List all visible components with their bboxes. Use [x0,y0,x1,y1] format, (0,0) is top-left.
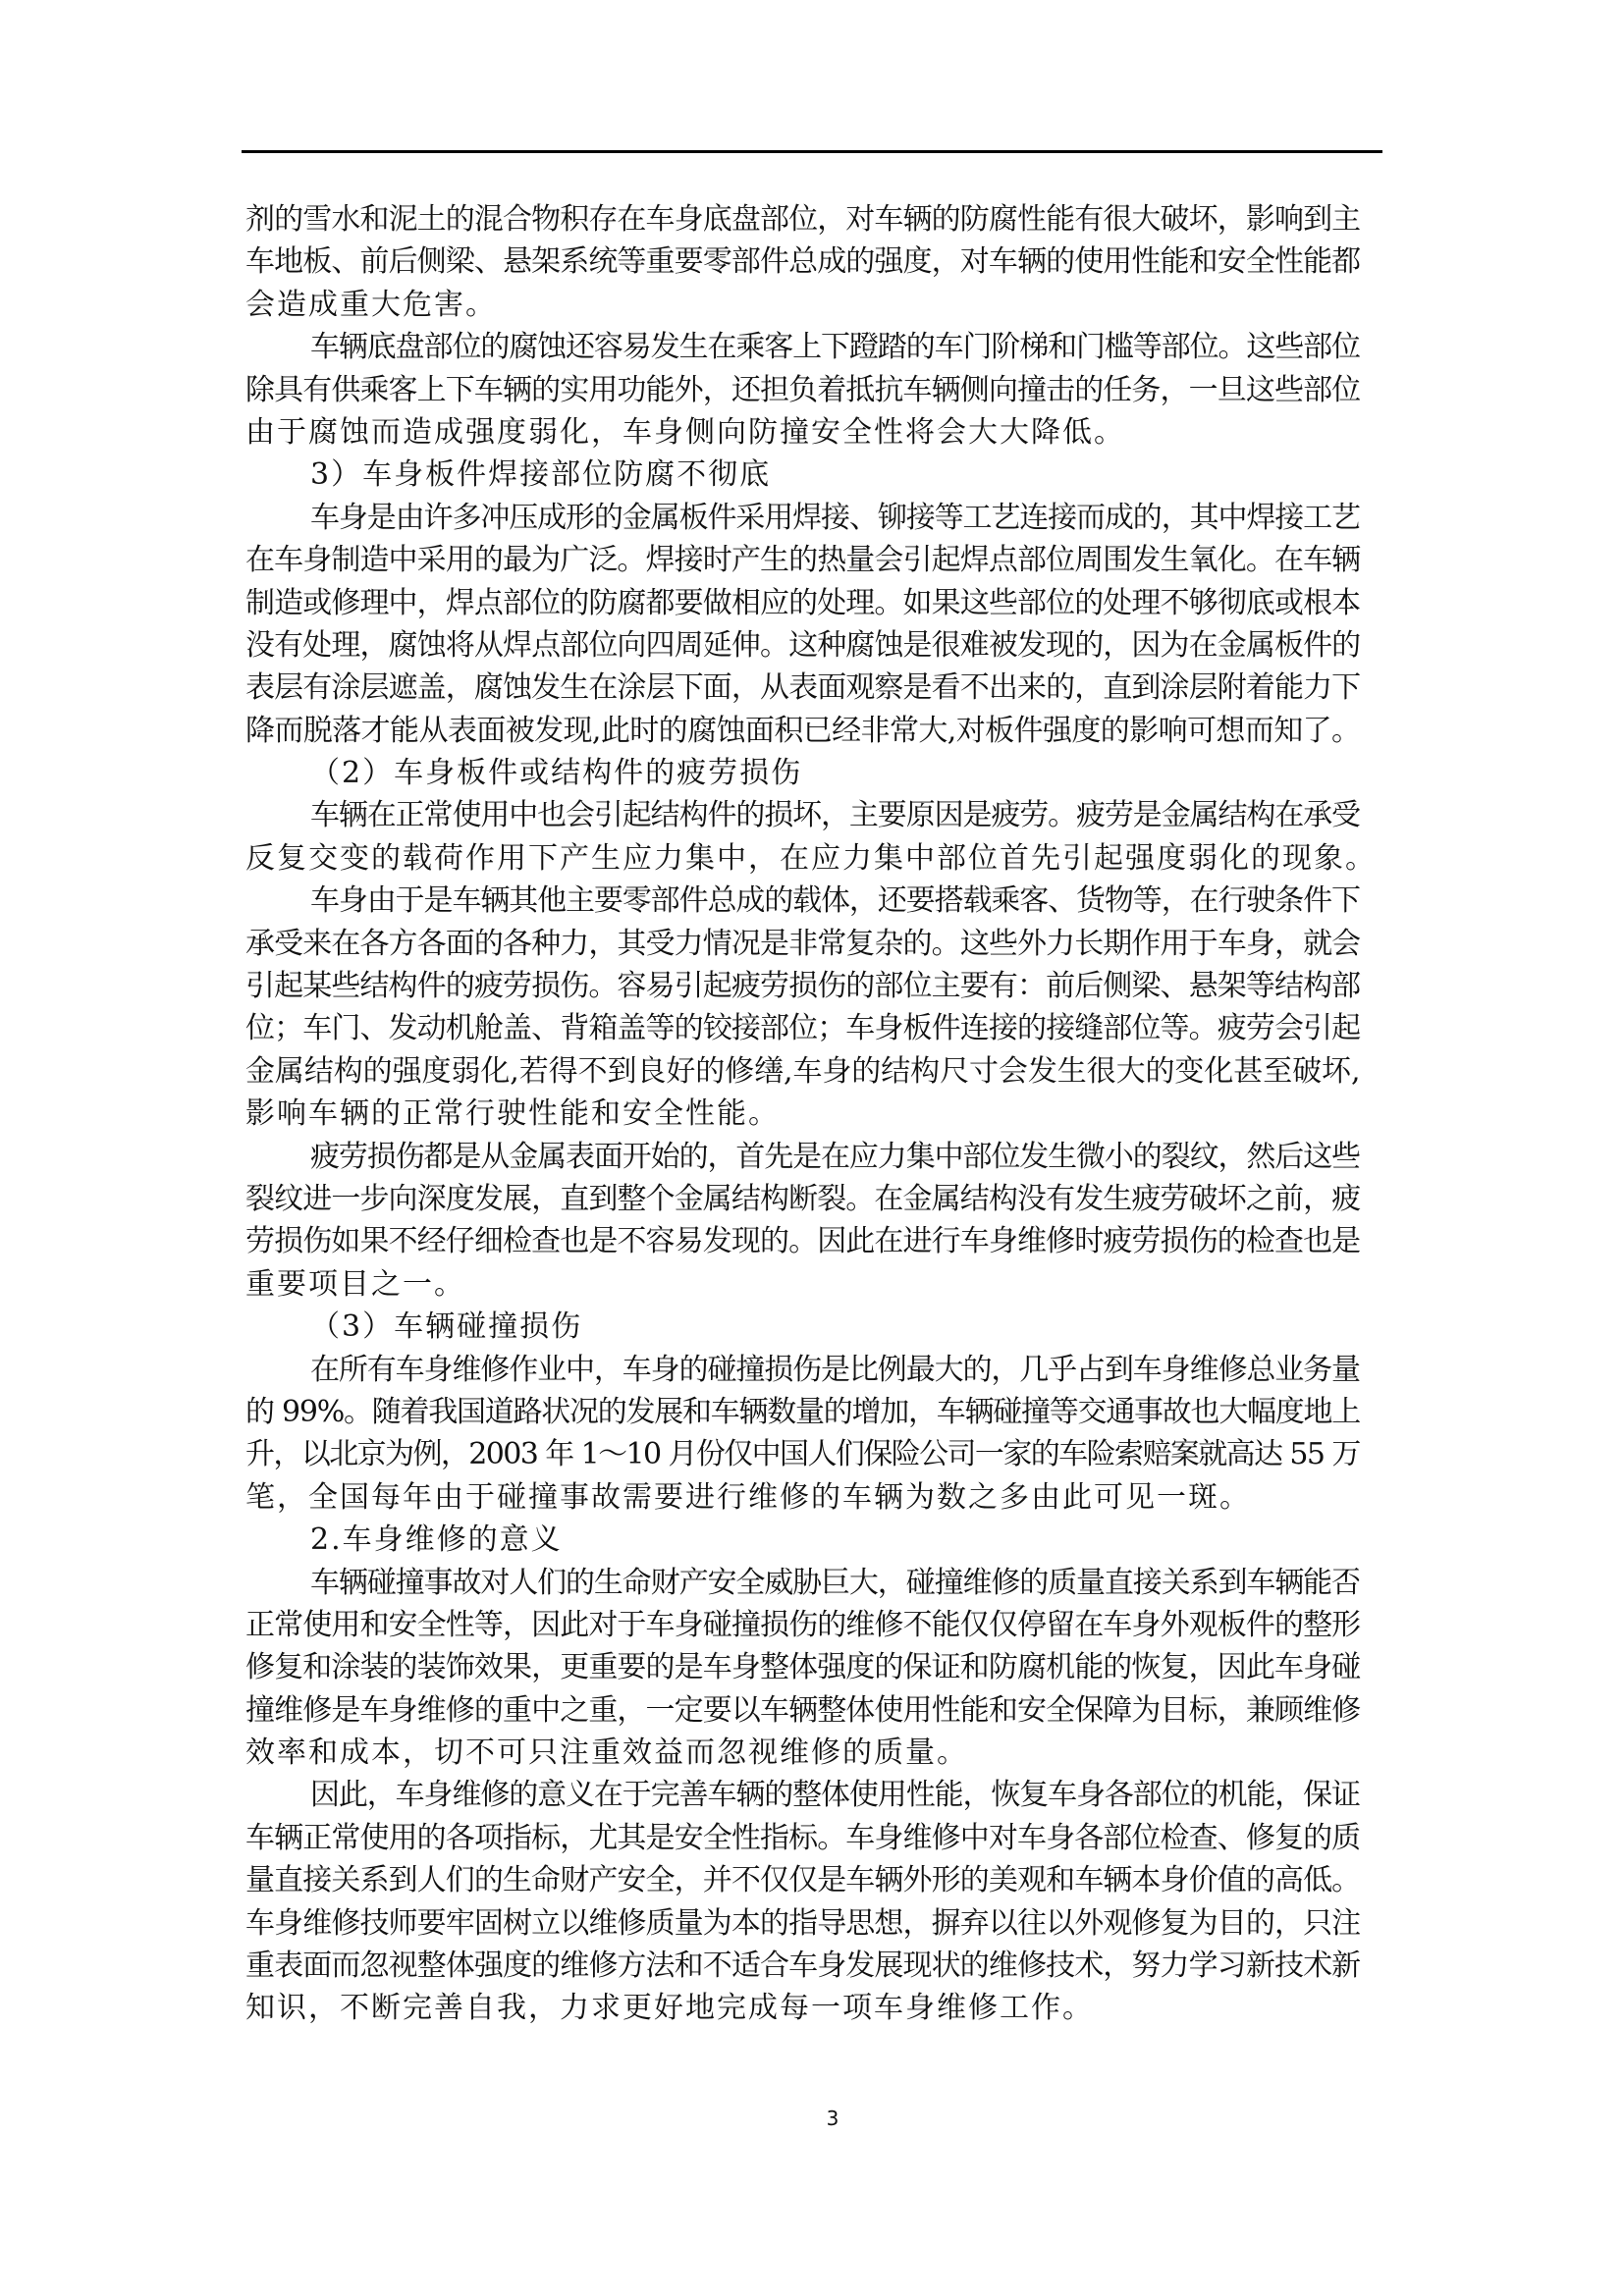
paragraph-first-line: （3）车辆碰撞损伤 [245,1306,1361,1348]
text-line: 撞维修是车身维修的重中之重，一定要以车辆整体使用性能和安全保障为目标，兼顾维修 [245,1689,1361,1732]
text-line: 承受来在各方各面的各种力，其受力情况是非常复杂的。这些外力长期作用于车身，就会 [245,923,1361,965]
text-line: 裂纹进一步向深度发展，直到整个金属结构断裂。在金属结构没有发生疲劳破坏之前，疲 [245,1178,1361,1220]
text-line: 车地板、前后侧梁、悬架系统等重要零部件总成的强度，对车辆的使用性能和安全性能都 [245,240,1361,283]
paragraph-first-line: 车身是由许多冲压成形的金属板件采用焊接、铆接等工艺连接而成的，其中焊接工艺 [245,497,1361,539]
text-line: 重表面而忽视整体强度的维修方法和不适合车身发展现状的维修技术，努力学习新技术新 [245,1945,1361,1987]
text-line: 制造或修理中，焊点部位的防腐都要做相应的处理。如果这些部位的处理不够彻底或根本 [245,582,1361,624]
text-line: 正常使用和安全性等，因此对于车身碰撞损伤的维修不能仅仅停留在车身外观板件的整形 [245,1604,1361,1646]
text-line: 没有处理，腐蚀将从焊点部位向四周延伸。这种腐蚀是很难被发现的，因为在金属板件的 [245,624,1361,667]
text-line: 重要项目之一。 [245,1263,1361,1306]
text-line: 劳损伤如果不经仔细检查也是不容易发现的。因此在进行车身维修时疲劳损伤的检查也是 [245,1220,1361,1262]
text-line: 车身维修技师要牢固树立以维修质量为本的指导思想，摒弃以往以外观修复为目的，只注 [245,1902,1361,1945]
text-line: 金属结构的强度弱化,若得不到良好的修缮,车身的结构尺寸会发生很大的变化甚至破坏, [245,1050,1361,1093]
text-line: 引起某些结构件的疲劳损伤。容易引起疲劳损伤的部位主要有：前后侧梁、悬架等结构部 [245,965,1361,1007]
text-line: 降而脱落才能从表面被发现,此时的腐蚀面积已经非常大,对板件强度的影响可想而知了。 [245,710,1361,752]
paragraph-first-line: 因此，车身维修的意义在于完善车辆的整体使用性能，恢复车身各部位的机能，保证 [245,1774,1361,1816]
paragraph-first-line: 车辆碰撞事故对人们的生命财产安全威胁巨大，碰撞维修的质量直接关系到车辆能否 [245,1562,1361,1604]
text-line: 量直接关系到人们的生命财产安全，并不仅仅是车辆外形的美观和车辆本身价值的高低。 [245,1859,1361,1901]
page-number: 3 [823,2107,842,2130]
paragraph-first-line: 车辆底盘部位的腐蚀还容易发生在乘客上下蹬踏的车门阶梯和门槛等部位。这些部位 [245,326,1361,368]
text-line: 除具有供乘客上下车辆的实用功能外，还担负着抵抗车辆侧向撞击的任务，一旦这些部位 [245,369,1361,411]
paragraph-first-line: 疲劳损伤都是从金属表面开始的，首先是在应力集中部位发生微小的裂纹，然后这些 [245,1136,1361,1178]
text-line: 升，以北京为例，2003 年 1～10 月份仅中国人们保险公司一家的车险索赔案就… [245,1433,1361,1475]
text-line: 表层有涂层遮盖，腐蚀发生在涂层下面，从表面观察是看不出来的，直到涂层附着能力下 [245,667,1361,709]
text-line: 反复交变的载荷作用下产生应力集中，在应力集中部位首先引起强度弱化的现象。 [245,837,1361,880]
text-line: 在车身制造中采用的最为广泛。焊接时产生的热量会引起焊点部位周围发生氧化。在车辆 [245,539,1361,581]
text-line: 知识，不断完善自我，力求更好地完成每一项车身维修工作。 [245,1987,1361,2029]
document-body: 剂的雪水和泥土的混合物积存在车身底盘部位，对车辆的防腐性能有很大破坏，影响到主车… [245,198,1361,2030]
text-line: 影响车辆的正常行驶性能和安全性能。 [245,1093,1361,1135]
text-line: 修复和涂装的装饰效果，更重要的是车身整体强度的保证和防腐机能的恢复，因此车身碰 [245,1646,1361,1688]
header-rule [242,150,1382,153]
paragraph-first-line: 车辆在正常使用中也会引起结构件的损坏，主要原因是疲劳。疲劳是金属结构在承受 [245,794,1361,836]
text-line: 位；车门、发动机舱盖、背箱盖等的铰接部位；车身板件连接的接缝部位等。疲劳会引起 [245,1007,1361,1049]
text-line: 笔，全国每年由于碰撞事故需要进行维修的车辆为数之多由此可见一斑。 [245,1476,1361,1519]
paragraph-first-line: 车身由于是车辆其他主要零部件总成的载体，还要搭载乘客、货物等，在行驶条件下 [245,880,1361,922]
text-line: 的 99%。随着我国道路状况的发展和车辆数量的增加，车辆碰撞等交通事故也大幅度地… [245,1391,1361,1433]
paragraph-first-line: （2）车身板件或结构件的疲劳损伤 [245,752,1361,794]
text-line: 由于腐蚀而造成强度弱化，车身侧向防撞安全性将会大大降低。 [245,411,1361,454]
text-line: 车辆正常使用的各项指标，尤其是安全性指标。车身维修中对车身各部位检查、修复的质 [245,1817,1361,1859]
text-line: 剂的雪水和泥土的混合物积存在车身底盘部位，对车辆的防腐性能有很大破坏，影响到主 [245,198,1361,240]
text-line: 会造成重大危害。 [245,284,1361,326]
paragraph-first-line: 3）车身板件焊接部位防腐不彻底 [245,454,1361,496]
paragraph-first-line: 在所有车身维修作业中，车身的碰撞损伤是比例最大的，几乎占到车身维修总业务量 [245,1349,1361,1391]
paragraph-first-line: 2.车身维修的意义 [245,1519,1361,1561]
text-line: 效率和成本，切不可只注重效益而忽视维修的质量。 [245,1732,1361,1774]
